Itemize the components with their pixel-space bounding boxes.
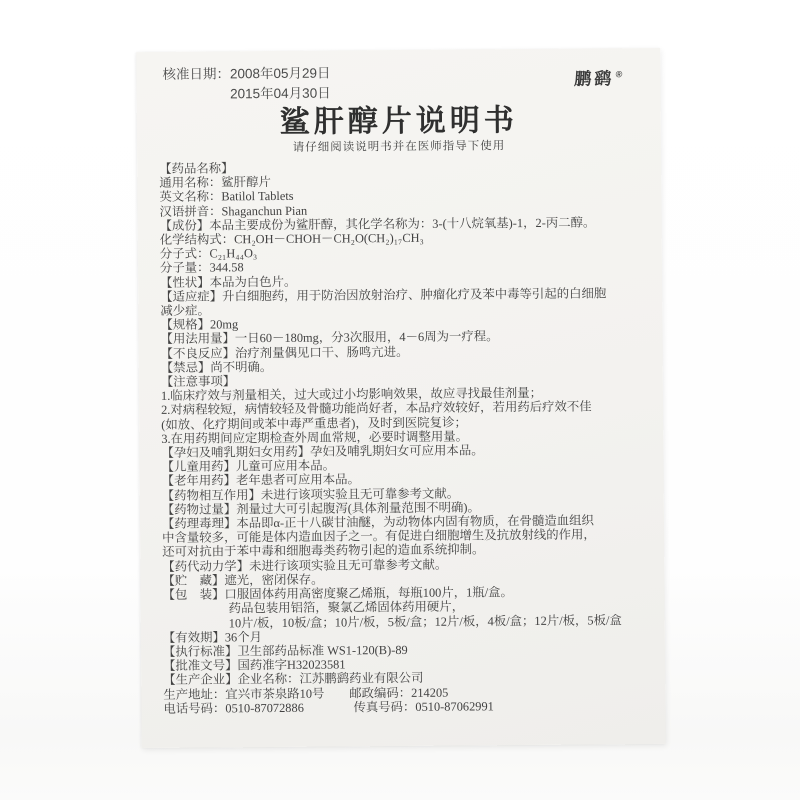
approval-date: 2008年05月29日 (230, 64, 331, 85)
doc-subtitle: 请仔细阅读说明书并在医师指导下使用 (137, 136, 661, 156)
doc-body: 【药品名称】通用名称：鲨肝醇片英文名称：Batilol Tablets汉语拼音：… (159, 158, 657, 716)
approval-date-label: 核准日期： (162, 64, 230, 85)
doc-line: 电话号码：0510-87072886 传真号码：0510-87062991 (163, 698, 657, 716)
leaflet-paper: 核准日期： 2008年05月29日2015年04月30日 鹏鹞® 鲨肝醇片说明书… (136, 48, 665, 748)
brand-name: 鹏鹞 (574, 69, 615, 88)
registered-trademark-icon: ® (616, 70, 623, 80)
doc-title: 鲨肝醇片说明书 (137, 94, 661, 142)
brand-logo: 鹏鹞® (574, 64, 623, 89)
photo-background: 核准日期： 2008年05月29日2015年04月30日 鹏鹞® 鲨肝醇片说明书… (0, 0, 800, 800)
